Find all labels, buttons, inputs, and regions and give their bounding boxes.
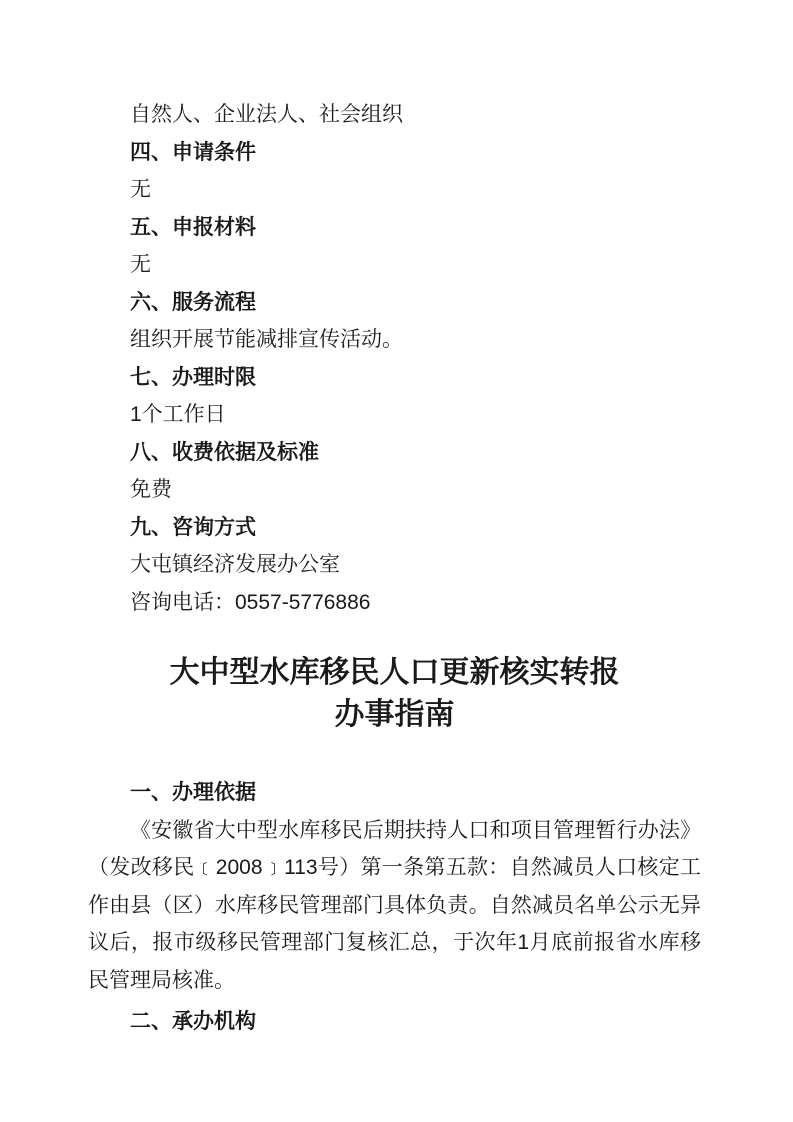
section-heading: 九、咨询方式 (88, 509, 701, 547)
section-heading: 六、服务流程 (88, 284, 701, 322)
section-heading: 四、申请条件 (88, 134, 701, 172)
basis-paragraph: 《安徽省大中型水库移民后期扶持人口和项目管理暂行办法》（发改移民﹝2008﹞11… (88, 812, 701, 1000)
doc-line: 1个工作日 (88, 396, 701, 434)
doc-line: 组织开展节能减排宣传活动。 (88, 321, 701, 359)
section-heading: 八、收费依据及标准 (88, 434, 701, 472)
section-heading-basis: 一、办理依据 (88, 774, 701, 812)
doc-line: 自然人、企业法人、社会组织 (88, 96, 701, 134)
section-heading: 七、办理时限 (88, 359, 701, 397)
contact-phone-line: 咨询电话：0557-5776886 (88, 584, 701, 622)
document-page: 自然人、企业法人、社会组织 四、申请条件 无 五、申报材料 无 六、服务流程 组… (0, 0, 793, 1122)
section-heading: 五、申报材料 (88, 209, 701, 247)
page-title: 大中型水库移民人口更新核实转报 办事指南 (88, 652, 701, 736)
doc-line: 免费 (88, 471, 701, 509)
doc-line: 无 (88, 246, 701, 284)
doc-line: 无 (88, 171, 701, 209)
page-title-line2: 办事指南 (88, 694, 701, 736)
section-heading-agency: 二、承办机构 (88, 1003, 701, 1041)
doc-line: 大屯镇经济发展办公室 (88, 546, 701, 584)
page-title-line1: 大中型水库移民人口更新核实转报 (88, 652, 701, 694)
